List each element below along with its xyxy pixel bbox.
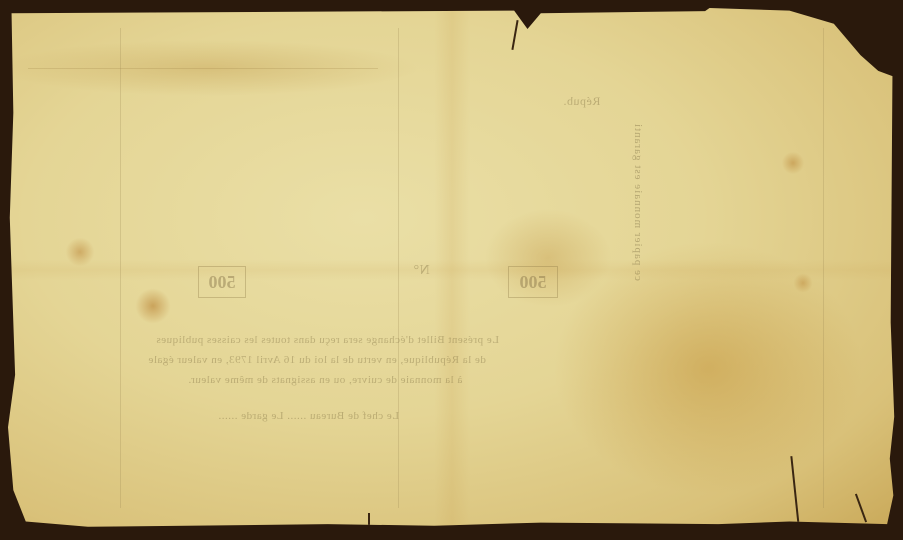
signature-line: Le chef de Bureau ...... Le garde ...... (218, 406, 399, 426)
border-line-left (120, 28, 121, 508)
paragraph-line-2: de la République, en vertu de la loi du … (148, 350, 486, 370)
crack-bottom-right (790, 456, 799, 526)
serial-marker: N° (413, 263, 430, 279)
vertical-margin-text: ce papier monnaie est garanti (632, 123, 644, 281)
fold-line (398, 28, 399, 508)
tear-top (511, 20, 518, 50)
top-label: Répub. (563, 94, 600, 109)
aged-paper-sheet: Répub. N° 500 500 Le présent Billet d'éc… (8, 8, 896, 532)
border-line-right (823, 28, 824, 508)
denomination-box-left: 500 (198, 266, 246, 298)
paragraph-line-3: à la monnaie de cuivre, ou en assignats … (188, 370, 462, 390)
denomination-box-right: 500 (508, 266, 558, 298)
fold-crease (28, 68, 378, 69)
paragraph-line-1: Le présent Billet d'échange sera reçu da… (156, 330, 499, 350)
crack-bottom-far-right (855, 494, 867, 523)
